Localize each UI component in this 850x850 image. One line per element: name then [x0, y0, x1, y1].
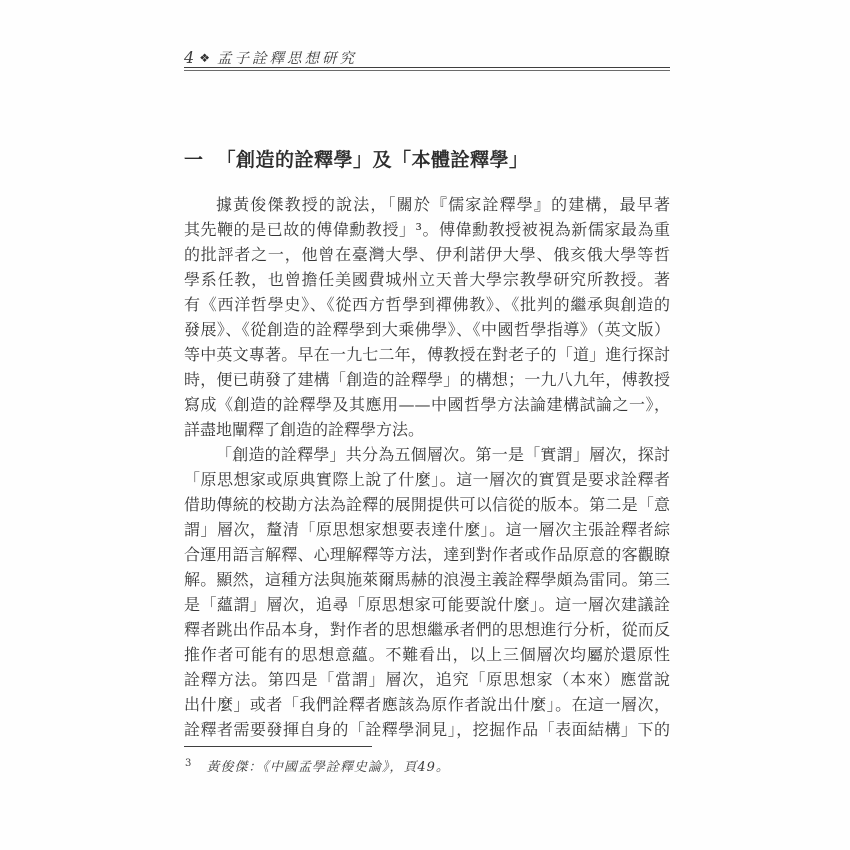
paragraph-2: 「創造的詮釋學」共分為五個層次。第一是「實謂」層次，探討 「原思想家或原典實際上… [184, 442, 670, 742]
text-line: 合運用語言解釋、心理解釋等方法，達到對作者或作品原意的客觀瞭 [184, 542, 670, 567]
footnote-marker: 3 [185, 758, 192, 769]
book-page: 4❖孟子詮釋思想研究 一「創造的詮釋學」及「本體詮釋學」 據黃俊傑教授的說法，「… [0, 0, 850, 850]
text-line: 詳盡地闡釋了創造的詮釋學方法。 [184, 417, 670, 442]
text-line: 詮釋者需要發揮自身的「詮釋學洞見」，挖掘作品「表面結構」下的 [184, 717, 670, 742]
text-line: 借助傳統的校勘方法為詮釋的展開提供可以信從的版本。第二是「意 [184, 492, 670, 517]
text-line: 出什麼」或者「我們詮釋者應該為原作者說出什麼」。在這一層次， [184, 692, 670, 717]
text-line: 推作者可能有的思想意蘊。不難看出，以上三個層次均屬於還原性 [184, 642, 670, 667]
page-header: 4❖孟子詮釋思想研究 [184, 47, 670, 68]
page-number: 4 [184, 48, 194, 67]
text-line: 時，便已萌發了建構「創造的詮釋學」的構想；一九八九年，傅教授 [184, 367, 670, 392]
text-line: 解。顯然，這種方法與施萊爾馬赫的浪漫主義詮釋學頗為雷同。第三 [184, 567, 670, 592]
footnote-text: 黃俊傑：《中國孟學詮釋史論》，頁49。 [206, 760, 450, 775]
body-text: 據黃俊傑教授的說法，「關於『儒家詮釋學』的建構，最早著 其先鞭的是已故的傅偉勳教… [184, 192, 670, 742]
text-line: 據黃俊傑教授的說法，「關於『儒家詮釋學』的建構，最早著 [184, 192, 670, 217]
section-heading: 一「創造的詮釋學」及「本體詮釋學」 [184, 145, 529, 172]
text-line: 等中英文專著。早在一九七二年，傅教授在對老子的「道」進行探討 [184, 342, 670, 367]
text-line: 有《西洋哲學史》、《從西方哲學到禪佛教》、《批判的繼承與創造的 [184, 292, 670, 317]
paragraph-1: 據黃俊傑教授的說法，「關於『儒家詮釋學』的建構，最早著 其先鞭的是已故的傅偉勳教… [184, 192, 670, 442]
header-rule [184, 67, 670, 71]
diamond-ornament-icon: ❖ [199, 51, 210, 65]
text-line: 是「蘊謂」層次，追尋「原思想家可能要說什麼」。這一層次建議詮 [184, 592, 670, 617]
text-line: 釋者跳出作品本身，對作者的思想繼承者們的思想進行分析，從而反 [184, 617, 670, 642]
text-line: 「創造的詮釋學」共分為五個層次。第一是「實謂」層次，探討 [184, 442, 670, 467]
text-line: 詮釋方法。第四是「當謂」層次，追究「原思想家（本來）應當說 [184, 667, 670, 692]
text-line: 其先鞭的是已故的傅偉勳教授」³。傅偉勳教授被視為新儒家最為重要 [184, 217, 670, 242]
text-line: 的批評者之一，他曾在臺灣大學、伊利諾伊大學、俄亥俄大學等哲 [184, 242, 670, 267]
text-line: 謂」層次，釐清「原思想家想要表達什麼」。這一層次主張詮釋者綜 [184, 517, 670, 542]
text-line: 寫成《創造的詮釋學及其應用——中國哲學方法論建構試論之一》， [184, 392, 670, 417]
running-title: 孟子詮釋思想研究 [217, 51, 357, 67]
footnote-rule [184, 746, 372, 747]
text-line: 「原思想家或原典實際上說了什麼」。這一層次的實質是要求詮釋者 [184, 467, 670, 492]
section-number: 一 [184, 149, 204, 171]
section-title: 「創造的詮釋學」及「本體詮釋學」 [217, 149, 529, 171]
text-line: 學系任教，也曾擔任美國費城州立天普大學宗教學研究所教授。著 [184, 267, 670, 292]
text-line: 發展》、《從創造的詮釋學到大乘佛學》、《中國哲學指導》（英文版） [184, 317, 670, 342]
footnote: 3黃俊傑：《中國孟學詮釋史論》，頁49。 [185, 756, 671, 775]
